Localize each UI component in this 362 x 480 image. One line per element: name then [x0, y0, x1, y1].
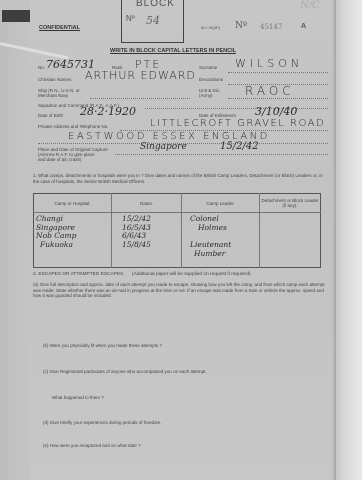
- decorations-label: Decorations: [199, 77, 223, 82]
- block-stamp: BLOCK Nº 54: [121, 0, 184, 43]
- christian-names-value: ARTHUR EDWARD: [85, 69, 196, 82]
- question-2c-followup: What happened to them ?: [52, 395, 104, 400]
- leader-entry: Holmes: [190, 224, 257, 233]
- col-camp: Camp or Hospital.: [34, 194, 112, 213]
- surname-line: [228, 72, 328, 73]
- address-label: Private Address and Telephone No.: [38, 124, 108, 129]
- section-2-note: (Additional paper will be supplied on re…: [132, 272, 252, 277]
- enlistment-value: 3/10/40: [255, 105, 297, 118]
- form-suffix: A: [301, 23, 306, 30]
- unit-value: RAOC: [245, 84, 295, 98]
- table-row: Changi Singapore Nob Camp Fukuoka 15/2/4…: [34, 213, 321, 268]
- stamp-block-text: BLOCK: [136, 0, 175, 9]
- question-2b: (b) Were you physically fit when you mad…: [43, 343, 162, 348]
- stamp-no-value: 54: [146, 14, 160, 27]
- confidential-label: CONFIDENTIAL: [39, 25, 80, 31]
- form-no-value: 45147: [260, 23, 282, 31]
- capture-line: [115, 154, 328, 155]
- corner-note: N/C: [300, 0, 320, 11]
- dob-value: 28·2·1920: [80, 105, 136, 118]
- question-2c: (c) Give Regimental particulars of anyon…: [43, 369, 207, 374]
- section-2-title: 2. ESCAPES OR ATTEMPTED ESCAPES.: [33, 272, 125, 277]
- block-leader-cell: [260, 213, 321, 268]
- ship-label: Ship (R.N., U.S.N. or Merchant Navy: [38, 88, 98, 98]
- page-edge-line: [334, 0, 336, 480]
- capture-label-3: and date of a/c crash): [38, 157, 82, 162]
- table-header-row: Camp or Hospital. Dates. Camp Leader. De…: [34, 194, 321, 213]
- form-title: WRITE IN BLOCK CAPITAL LETTERS IN PENCIL: [110, 48, 236, 54]
- section-1-question: 1. What camps, detachments or hospitals …: [33, 173, 328, 184]
- christian-names-label: Christian Names: [38, 77, 71, 82]
- col-block-leader: Detachment or Block Leader (if any).: [260, 194, 321, 213]
- dob-label: Date of Birth: [38, 113, 63, 118]
- form-no-label: Nº: [235, 21, 247, 31]
- camps-table: Camp or Hospital. Dates. Camp Leader. De…: [33, 193, 321, 268]
- page-right-edge: [332, 0, 362, 480]
- surname-label: Surname: [199, 65, 217, 70]
- stamp-no-label: Nº: [126, 14, 135, 23]
- camp-entry: Fukuoka: [36, 241, 109, 250]
- file-tag-top: [0, 0, 30, 10]
- question-2e: (e) How were you recaptured and on what …: [43, 443, 141, 448]
- dates-cell: 15/2/42 16/5/43 6/6/43 15/8/45: [112, 213, 182, 268]
- date-entry: 15/8/45: [122, 241, 179, 250]
- capture-date: 15/2/42: [220, 141, 259, 152]
- surname-value: WILSON: [235, 57, 303, 70]
- squadron-line: [145, 108, 328, 109]
- leaders-cell: Colonel Holmes Lieutenant Humber: [182, 213, 260, 268]
- col-dates: Dates.: [112, 194, 182, 213]
- unit-label: Unit & Div. (Army): [199, 88, 229, 98]
- address-line: [120, 130, 328, 131]
- question-2d: (d) Give briefly your experiences during…: [43, 420, 162, 425]
- file-tag-strip: [0, 0, 30, 480]
- address-line-1: LITTLECROFT GRAVEL ROAD: [150, 118, 325, 129]
- form-ref: M.I. 9/(AP): [201, 25, 220, 30]
- camps-cell: Changi Singapore Nob Camp Fukuoka: [34, 213, 112, 268]
- question-2a: (a) Give full description and approx. da…: [33, 282, 328, 299]
- ship-line: [90, 98, 190, 99]
- section-2-heading: 2. ESCAPES OR ATTEMPTED ESCAPES. (Additi…: [33, 272, 252, 277]
- no-label: No.: [38, 65, 45, 70]
- col-camp-leader: Camp Leader.: [182, 194, 260, 213]
- capture-place: Singapore: [140, 142, 187, 152]
- file-tag-band: [2, 10, 30, 22]
- unit-line: [228, 98, 328, 99]
- leader-entry: Humber: [190, 250, 257, 259]
